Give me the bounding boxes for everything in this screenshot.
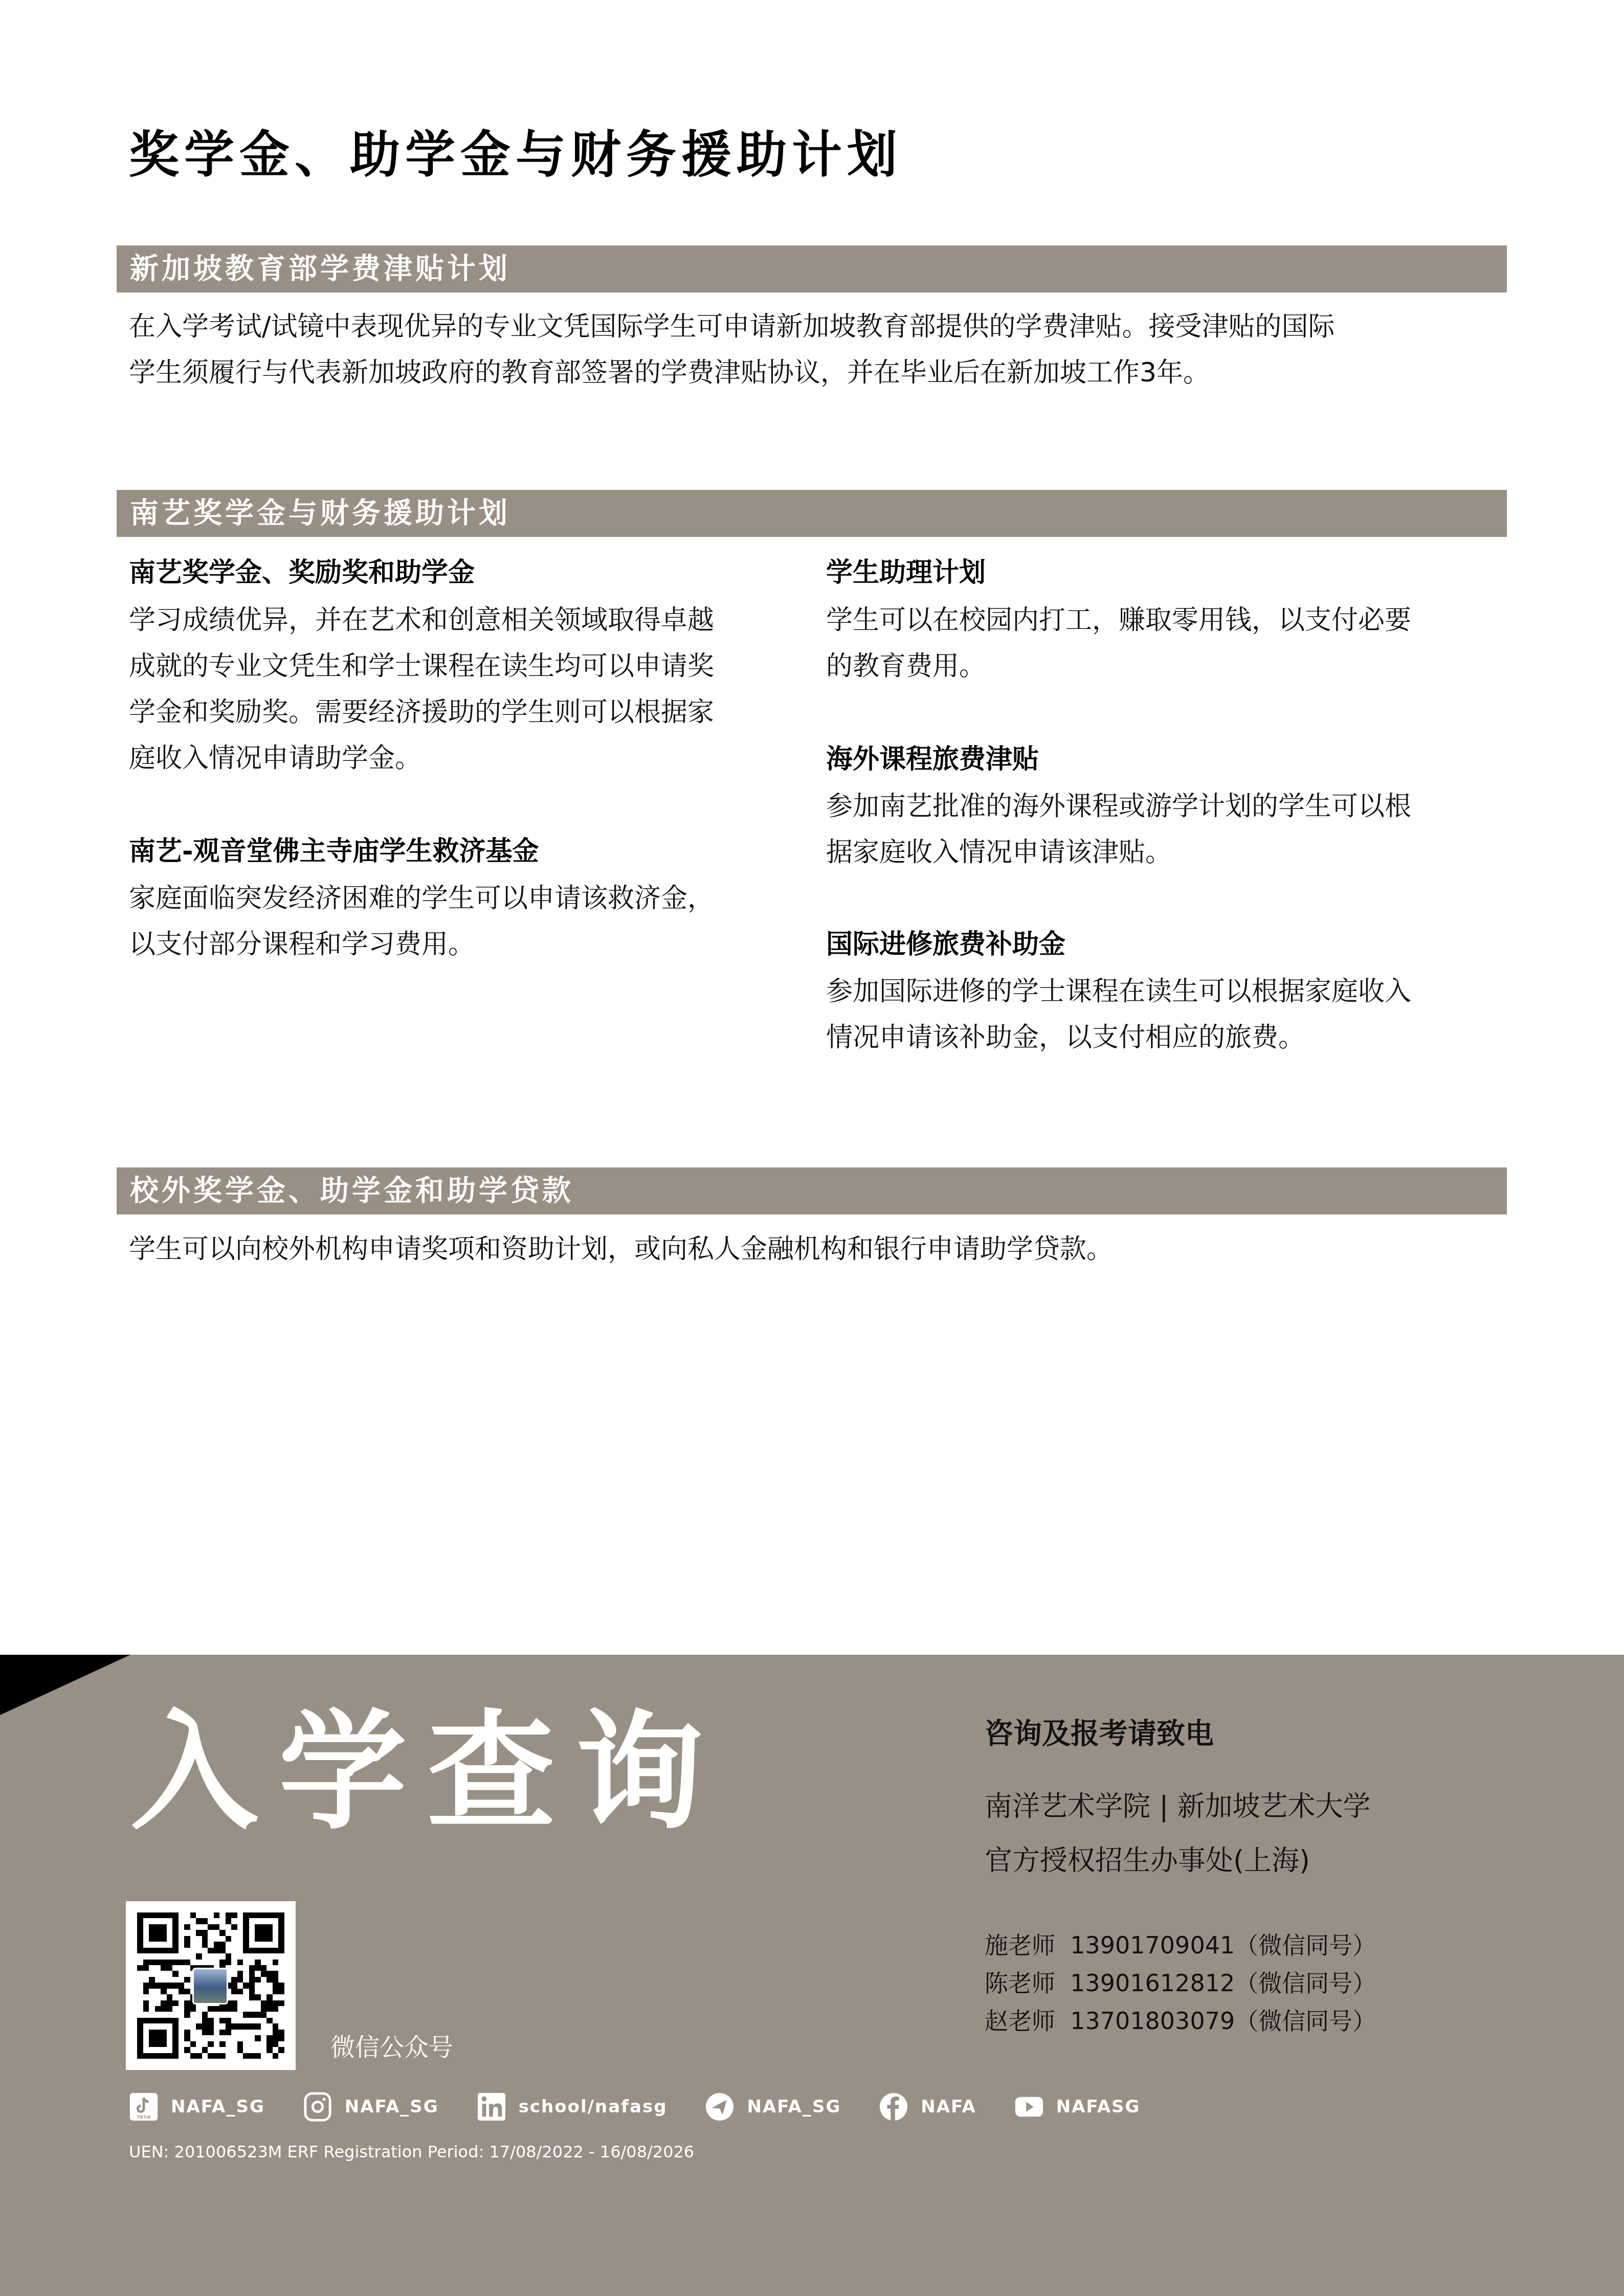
- section-body-line: 在入学考试/试镜中表现优异的专业文凭国际学生可申请新加坡教育部提供的学费津贴。接…: [129, 304, 1335, 350]
- footer-enquiry: 入学查询 微信公众号 咨询及报考请致电 南洋艺术学院 | 新加坡艺术大学 官方授…: [0, 1655, 1624, 2296]
- contact-phone-row: 陈老师 13901612812（微信同号）: [985, 1968, 1376, 1998]
- item-body-line: 学习成绩优异，并在艺术和创意相关领域取得卓越: [129, 597, 714, 643]
- corner-decoration: [0, 1655, 130, 1715]
- item-body-line: 以支付部分课程和学习费用。: [129, 921, 475, 967]
- section-body-line: 学生须履行与代表新加坡政府的教育部签署的学费津贴协议，并在毕业后在新加坡工作3年…: [129, 350, 1210, 396]
- contact-org-line: 南洋艺术学院 | 新加坡艺术大学: [985, 1789, 1371, 1825]
- contact-phone-row: 赵老师 13701803079（微信同号）: [985, 2006, 1376, 2036]
- section-heading: 南艺奖学金与财务援助计划: [130, 496, 510, 531]
- item-body-line: 据家庭收入情况申请该津贴。: [826, 829, 1172, 875]
- facebook-icon: [879, 2092, 908, 2122]
- item-title: 南艺奖学金、奖励奖和助学金: [129, 555, 475, 591]
- social-links: TikTok NAFA_SG NAFA_SG school/nafasg NAF…: [129, 2091, 1178, 2122]
- item-title: 国际进修旅费补助金: [826, 927, 1065, 962]
- section-body-line: 学生可以向校外机构申请奖项和资助计划，或向私人金融机构和银行申请助学贷款。: [129, 1226, 1113, 1272]
- item-title: 学生助理计划: [826, 555, 986, 591]
- social-handle: NAFA_SG: [345, 2097, 439, 2117]
- social-tiktok[interactable]: TikTok NAFA_SG: [129, 2092, 265, 2122]
- social-handle: NAFA_SG: [747, 2097, 841, 2117]
- page-title: 奖学金、助学金与财务援助计划: [129, 122, 902, 188]
- telegram-icon: [705, 2092, 735, 2122]
- section-bar-moe-subsidy: 新加坡教育部学费津贴计划: [117, 245, 1507, 292]
- item-body-line: 的教育费用。: [826, 643, 986, 689]
- footer-title: 入学查询: [130, 1696, 724, 1849]
- contact-phone-row: 施老师 13901709041（微信同号）: [985, 1930, 1376, 1961]
- social-handle: school/nafasg: [519, 2097, 668, 2117]
- item-body-line: 学生可以在校园内打工，赚取零用钱，以支付必要: [826, 597, 1411, 643]
- item-title: 海外课程旅费津贴: [826, 741, 1039, 777]
- social-youtube[interactable]: NAFASG: [1014, 2092, 1141, 2122]
- item-body-line: 参加南艺批准的海外课程或游学计划的学生可以根: [826, 783, 1411, 829]
- phone-note: （微信同号）: [1235, 1931, 1376, 1959]
- uen-registration-info: UEN: 201006523M ERF Registration Period:…: [129, 2142, 694, 2162]
- social-instagram[interactable]: NAFA_SG: [303, 2092, 439, 2122]
- item-body-line: 家庭面临突发经济困难的学生可以申请该救济金，: [129, 875, 714, 921]
- section-bar-external-funding: 校外奖学金、助学金和助学贷款: [117, 1167, 1507, 1214]
- item-title: 南艺-观音堂佛主寺庙学生救济基金: [129, 834, 539, 869]
- phone-number[interactable]: 13701803079: [1070, 2007, 1235, 2035]
- phone-number[interactable]: 13901709041: [1070, 1931, 1235, 1959]
- phone-note: （微信同号）: [1235, 2007, 1376, 2035]
- item-body-line: 学金和奖励奖。需要经济援助的学生则可以根据家: [129, 689, 714, 735]
- svg-text:TikTok: TikTok: [137, 2114, 150, 2120]
- social-facebook[interactable]: NAFA: [879, 2092, 976, 2122]
- contact-name: 赵老师: [985, 2007, 1055, 2035]
- qr-logo-image: [192, 1968, 228, 2005]
- qr-label: 微信公众号: [330, 2032, 453, 2063]
- contact-name: 施老师: [985, 1931, 1055, 1959]
- social-linkedin[interactable]: school/nafasg: [477, 2092, 668, 2122]
- item-body-line: 情况申请该补助金，以支付相应的旅费。: [826, 1015, 1305, 1061]
- instagram-icon: [303, 2092, 332, 2122]
- phone-note: （微信同号）: [1235, 1969, 1376, 1997]
- wechat-qr-code[interactable]: [126, 1901, 296, 2070]
- item-body-line: 成就的专业文凭生和学士课程在读生均可以申请奖: [129, 643, 714, 689]
- social-handle: NAFA_SG: [171, 2097, 265, 2117]
- section-heading: 新加坡教育部学费津贴计划: [130, 252, 510, 286]
- phone-number[interactable]: 13901612812: [1070, 1969, 1235, 1997]
- item-body-line: 庭收入情况申请助学金。: [129, 735, 421, 781]
- youtube-icon: [1014, 2092, 1044, 2122]
- social-telegram[interactable]: NAFA_SG: [705, 2092, 841, 2122]
- section-bar-nafa-scholarships: 南艺奖学金与财务援助计划: [117, 490, 1507, 537]
- item-body-line: 参加国际进修的学士课程在读生可以根据家庭收入: [826, 969, 1411, 1015]
- tiktok-icon: TikTok: [129, 2092, 159, 2122]
- contact-name: 陈老师: [985, 1969, 1055, 1997]
- linkedin-icon: [477, 2092, 506, 2122]
- contact-org-line: 官方授权招生办事处(上海): [985, 1843, 1310, 1879]
- social-handle: NAFASG: [1056, 2097, 1141, 2117]
- section-heading: 校外奖学金、助学金和助学贷款: [130, 1174, 574, 1208]
- contact-heading: 咨询及报考请致电: [985, 1716, 1214, 1752]
- social-handle: NAFA: [921, 2097, 976, 2117]
